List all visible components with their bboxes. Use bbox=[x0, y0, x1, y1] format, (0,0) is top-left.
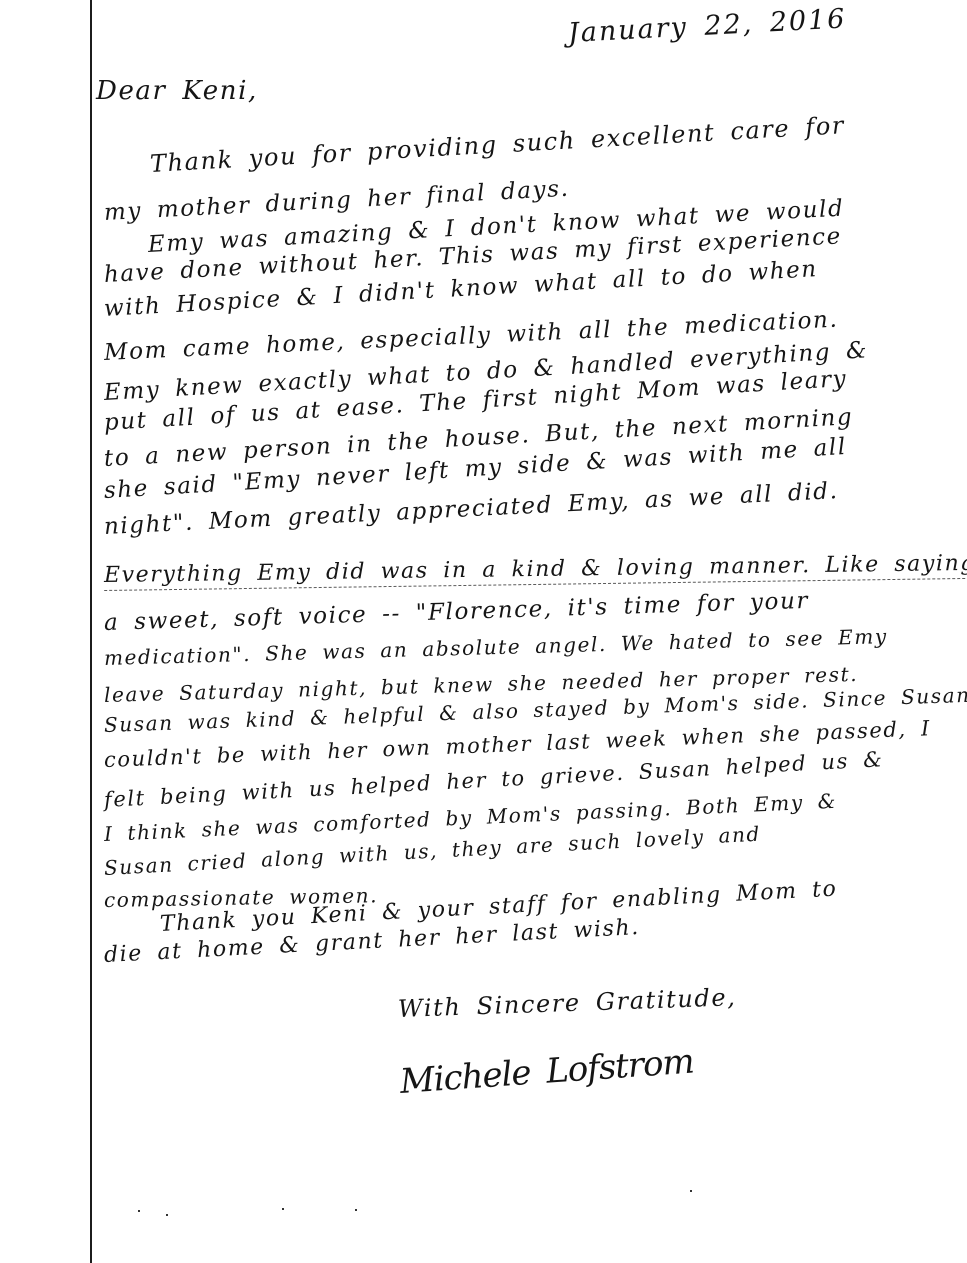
scan-speck bbox=[138, 1210, 140, 1212]
letter-date: January 22, 2016 bbox=[567, 3, 847, 49]
letter-signature: Michele Lofstrom bbox=[399, 1042, 695, 1102]
letter-page: January 22, 2016 Dear Keni, Thank you fo… bbox=[0, 0, 967, 1263]
letter-salutation: Dear Keni, bbox=[96, 76, 258, 106]
letter-body-line: Thank you for providing such excellent c… bbox=[149, 111, 845, 178]
page-margin-line bbox=[90, 0, 92, 1263]
scan-speck bbox=[355, 1209, 357, 1211]
scan-speck bbox=[166, 1214, 168, 1216]
scan-speck bbox=[282, 1208, 284, 1210]
scan-speck bbox=[690, 1190, 692, 1192]
letter-closing: With Sincere Gratitude, bbox=[398, 983, 737, 1023]
letter-body-line: Everything Emy did was in a kind & lovin… bbox=[104, 550, 967, 591]
